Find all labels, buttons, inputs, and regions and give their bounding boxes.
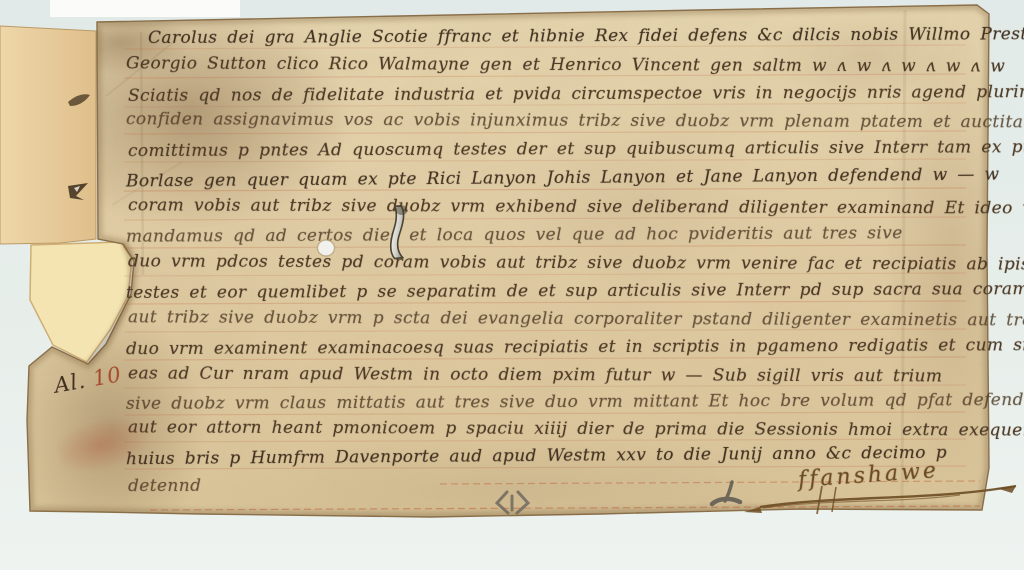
manuscript-line: eas ad Cur nram apud Westm in octo diem … bbox=[128, 366, 942, 386]
manuscript-line: Carolus dei gra Anglie Scotie ffranc et … bbox=[148, 26, 1024, 47]
manuscript-line: sive duobz vrm claus mittatis aut tres s… bbox=[126, 392, 1024, 413]
manuscript-line: testes et eor quemlibet p se separatim d… bbox=[126, 281, 1024, 302]
manuscript-line: aut eor attorn heant pmonicoem p spaciu … bbox=[128, 419, 1024, 439]
margin-note-number: 10 bbox=[91, 362, 123, 391]
manuscript-line: huius bris p Humfrm Davenporte aud apud … bbox=[126, 445, 947, 468]
manuscript-line: comittimus p pntes Ad quoscumq testes de… bbox=[128, 139, 1024, 160]
manuscript-line: aut tribz sive duobz vrm p scta dei evan… bbox=[128, 309, 1024, 329]
manuscript-line: coram vobis aut tribz sive duobz vrm exh… bbox=[128, 197, 1024, 217]
manuscript-line: Sciatis qd nos de fidelitate industria e… bbox=[128, 84, 1024, 105]
manuscript-line: Borlase gen quer quam ex pte Rici Lanyon… bbox=[126, 167, 1000, 191]
manuscript-line: detennd bbox=[128, 478, 201, 495]
manuscript-line: Georgio Sutton clico Rico Walmayne gen e… bbox=[126, 55, 1005, 75]
manuscript-line: duo vrm pdcos testes pd coram vobis aut … bbox=[128, 253, 1024, 273]
manuscript-line: confiden assignavimus vos ac vobis injun… bbox=[126, 111, 1024, 132]
manuscript-line: mandamus qd ad certos dies et loca quos … bbox=[126, 225, 903, 245]
manuscript-photo: Carolus dei gra Anglie Scotie ffranc et … bbox=[0, 0, 1024, 570]
manuscript-line: duo vrm examinent examinacoesq suas reci… bbox=[126, 337, 1024, 358]
